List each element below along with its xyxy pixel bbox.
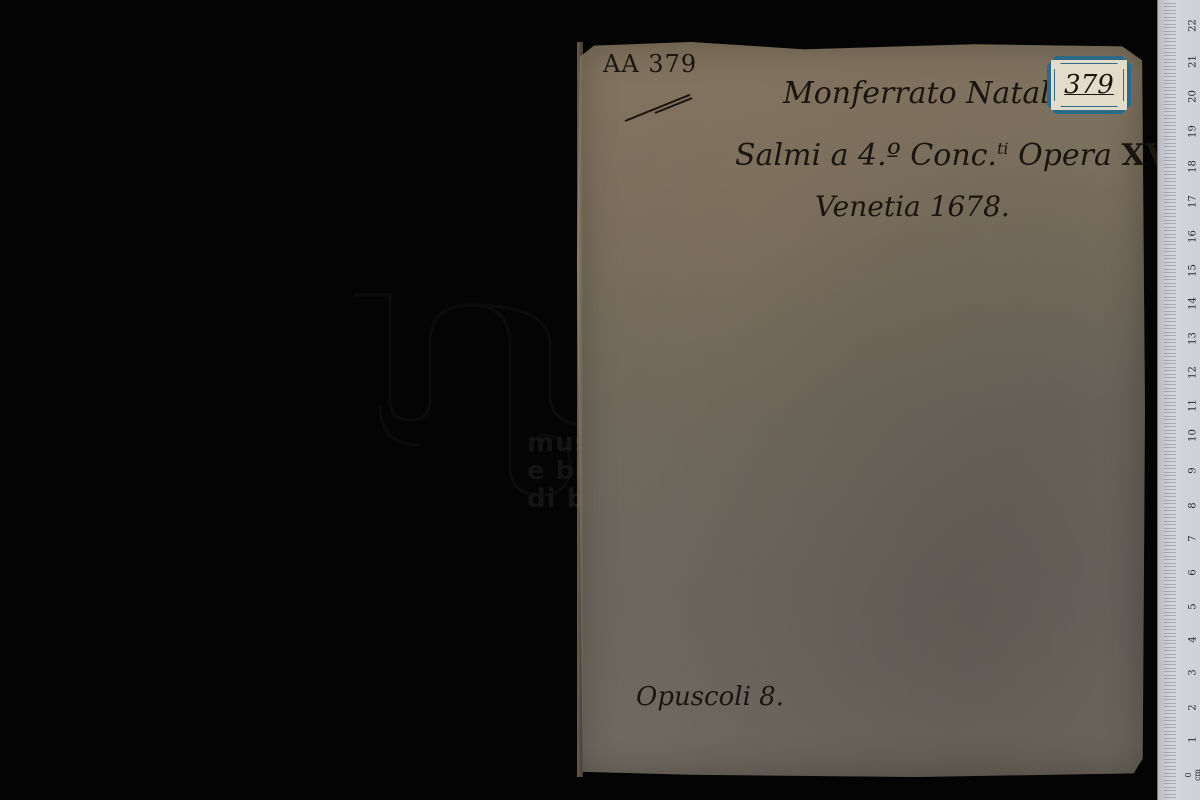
work-title: Salmi a 4.º Conc.ti Opera XVI (735, 138, 1185, 173)
ruler-number: 10 (1188, 429, 1199, 443)
document-spine-edge (577, 42, 583, 777)
ruler-number: 17 (1188, 195, 1199, 209)
imprint-place-date: Venetia 1678. (815, 190, 1010, 223)
work-title-main: Salmi a 4.º Conc. (735, 138, 997, 173)
ruler-number: 12 (1188, 366, 1199, 380)
ruler-number: 2 (1188, 701, 1199, 715)
footer-note: Opuscoli 8. (636, 682, 784, 712)
ruler-number: 15 (1188, 264, 1199, 278)
measurement-ruler: 22 21 20 19 18 17 16 15 14 13 12 11 10 9… (1157, 0, 1200, 800)
ruler-number: 6 (1188, 566, 1199, 580)
ruler-number: 11 (1188, 399, 1199, 413)
ruler-number: 3 (1188, 666, 1199, 680)
work-title-opera: Opera (1018, 138, 1112, 173)
ruler-number: 5 (1188, 600, 1199, 614)
ruler-number: 4 (1188, 633, 1199, 647)
shelfmark: AA 379 (603, 50, 697, 78)
ruler-number: 22 (1188, 19, 1199, 33)
catalog-label-number: 379 (1064, 70, 1114, 100)
composer-name: Monferrato Natale (783, 76, 1068, 111)
ruler-number: 0 cm (1184, 768, 1200, 782)
scan-viewport: museo e bi di b AA 379 Monferrato Natale… (0, 0, 1200, 800)
work-title-superscript: ti (997, 139, 1009, 158)
ruler-number: 18 (1188, 160, 1199, 174)
ruler-number: 7 (1188, 532, 1199, 546)
catalog-label: 379 (1047, 56, 1131, 114)
ruler-number: 1 (1188, 733, 1199, 747)
ruler-number: 16 (1188, 230, 1199, 244)
ruler-number: 14 (1188, 297, 1199, 311)
ruler-ticks (1164, 0, 1184, 800)
ruler-number: 19 (1188, 125, 1199, 139)
ruler-number: 8 (1188, 499, 1199, 513)
ruler-number: 13 (1188, 332, 1199, 346)
ruler-number: 21 (1188, 55, 1199, 69)
ruler-number: 9 (1188, 464, 1199, 478)
ruler-number: 20 (1188, 90, 1199, 104)
